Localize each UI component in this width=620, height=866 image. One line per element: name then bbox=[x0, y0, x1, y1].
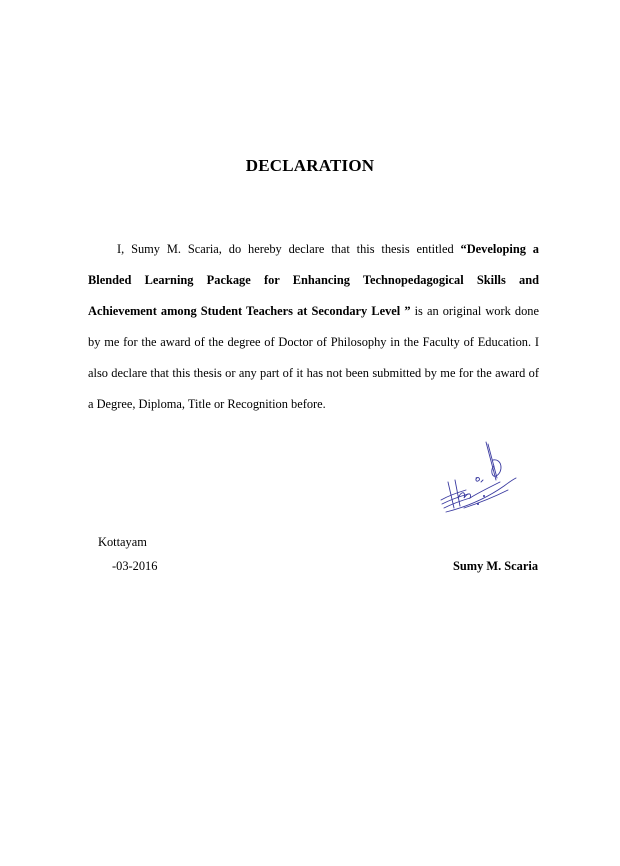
declaration-intro: I, Sumy M. Scaria, do hereby declare tha… bbox=[117, 242, 461, 256]
signature-icon bbox=[438, 438, 528, 518]
place-label: Kottayam bbox=[98, 535, 147, 550]
page-title: DECLARATION bbox=[0, 156, 620, 176]
declaration-body: is an original work done by me for the a… bbox=[88, 304, 539, 411]
declaration-paragraph: I, Sumy M. Scaria, do hereby declare tha… bbox=[88, 234, 539, 420]
date-label: -03-2016 bbox=[112, 559, 157, 574]
signer-name: Sumy M. Scaria bbox=[453, 559, 538, 574]
